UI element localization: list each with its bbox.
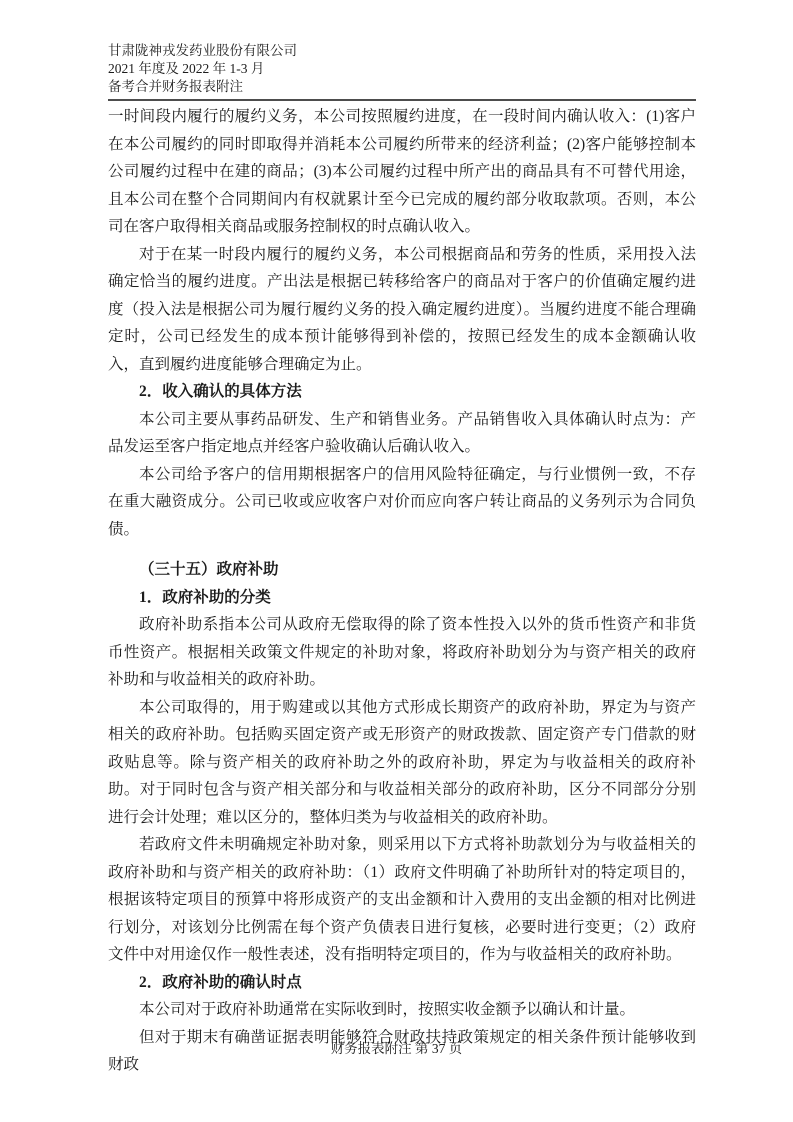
header-underline [108, 99, 696, 101]
heading-grant-recognition-timing: 2．政府补助的确认时点 [108, 969, 696, 997]
document-body: 一时间段内履行的履约义务，本公司按照履约进度，在一段时间内确认收入：(1)客户在… [108, 103, 696, 1079]
para-revenue-recognition-timing: 本公司主要从事药品研发、生产和销售业务。产品销售收入具体确认时点为：产品发运至客… [108, 406, 696, 461]
para-credit-terms: 本公司给予客户的信用期根据客户的信用风险特征确定，与行业惯例一致，不存在重大融资… [108, 461, 696, 544]
footer-page-number: 财务报表附注 第 37 页 [331, 1041, 463, 1056]
header-document-title: 备考合并财务报表附注 [108, 78, 696, 96]
heading-grant-classification: 1．政府补助的分类 [108, 584, 696, 612]
heading-revenue-recognition-method: 2．收入确认的具体方法 [108, 378, 696, 406]
para-performance-obligation-continued: 一时间段内履行的履约义务，本公司按照履约进度，在一段时间内确认收入：(1)客户在… [108, 103, 696, 241]
para-grant-recognition-measurement: 本公司对于政府补助通常在实际收到时，按照实收金额予以确认和计量。 [108, 996, 696, 1024]
para-grant-split-rules: 若政府文件未明确规定补助对象，则采用以下方式将补助款划分为与收益相关的政府补助和… [108, 831, 696, 969]
content-area: 甘肃陇神戎发药业股份有限公司 2021 年度及 2022 年 1-3 月 备考合… [0, 0, 793, 1079]
document-page: 甘肃陇神戎发药业股份有限公司 2021 年度及 2022 年 1-3 月 备考合… [0, 0, 793, 1122]
para-grant-definition: 政府补助系指本公司从政府无偿取得的除了资本性投入以外的货币性资产和非货币性资产。… [108, 611, 696, 694]
para-asset-related-grants: 本公司取得的，用于购建或以其他方式形成长期资产的政府补助，界定为与资产相关的政府… [108, 694, 696, 832]
header-report-period: 2021 年度及 2022 年 1-3 月 [108, 60, 696, 78]
page-footer: 财务报表附注 第 37 页 [0, 1037, 793, 1057]
page-header: 甘肃陇神戎发药业股份有限公司 2021 年度及 2022 年 1-3 月 备考合… [108, 42, 696, 96]
header-company-name: 甘肃陇神戎发药业股份有限公司 [108, 42, 696, 60]
para-progress-method: 对于在某一时段内履行的履约义务，本公司根据商品和劳务的性质，采用投入法确定恰当的… [108, 241, 696, 379]
heading-government-grants: （三十五）政府补助 [108, 556, 696, 584]
